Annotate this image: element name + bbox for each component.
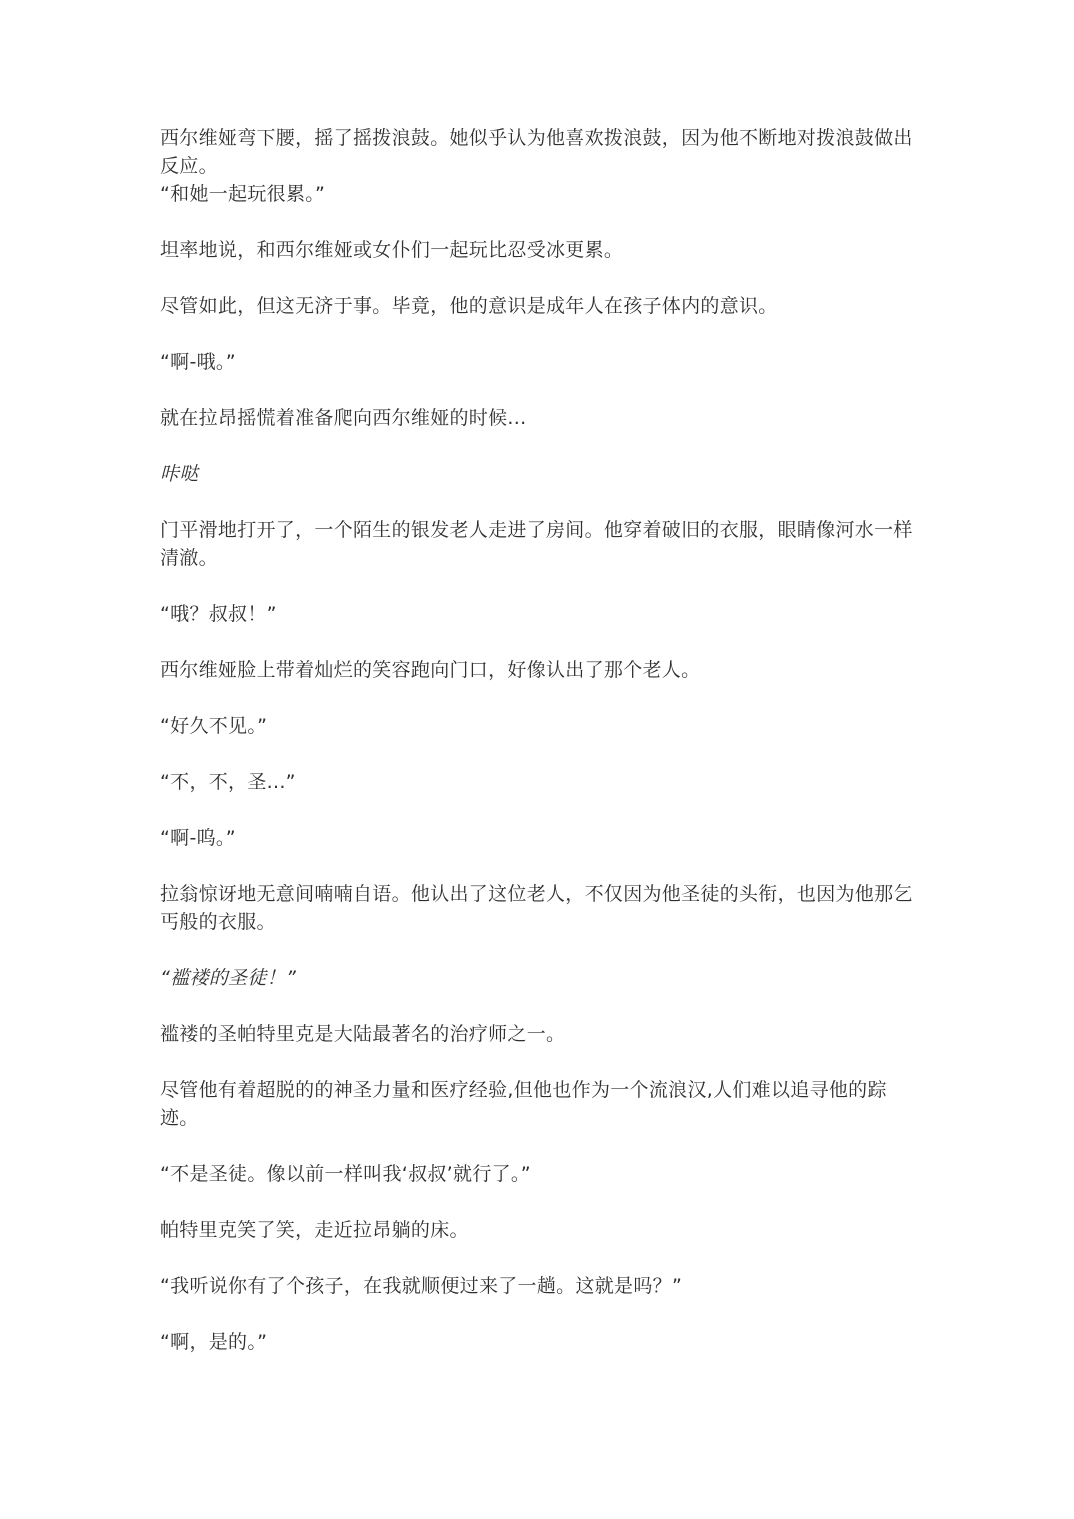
paragraph-14: “褴褛的圣徒！” [160, 964, 920, 992]
text-line: 尽管如此，但这无济于事。毕竟，他的意识是成年人在孩子体内的意识。 [160, 295, 778, 317]
text-line: “不，不，圣...” [160, 771, 296, 793]
text-line: 帕特里克笑了笑，走近拉昂躺的床。 [160, 1219, 469, 1241]
paragraph-19: “我听说你有了个孩子，在我就顺便过来了一趟。这就是吗？” [160, 1272, 920, 1300]
paragraph-3: 尽管如此，但这无济于事。毕竟，他的意识是成年人在孩子体内的意识。 [160, 292, 920, 320]
novel-text-content: 西尔维娅弯下腰，摇了摇拨浪鼓。她似乎认为他喜欢拨浪鼓，因为他不断地对拨浪鼓做出反… [160, 124, 920, 1384]
paragraph-12: “啊-呜。” [160, 824, 920, 852]
paragraph-10: “好久不见。” [160, 712, 920, 740]
text-line: “和她一起玩很累。” [160, 183, 325, 205]
text-line: “啊-呜。” [160, 827, 236, 849]
text-line: 门平滑地打开了，一个陌生的银发老人走进了房间。他穿着破旧的衣服，眼睛像河水一样清… [160, 519, 913, 569]
paragraph-6: 咔哒 [160, 460, 920, 488]
paragraph-5: 就在拉昂摇慌着准备爬向西尔维娅的时候... [160, 404, 920, 432]
text-line: “我听说你有了个孩子，在我就顺便过来了一趟。这就是吗？” [160, 1275, 682, 1297]
text-line: 西尔维娅弯下腰，摇了摇拨浪鼓。她似乎认为他喜欢拨浪鼓，因为他不断地对拨浪鼓做出反… [160, 127, 913, 177]
paragraph-8: “哦？叔叔！” [160, 600, 920, 628]
text-line: “哦？叔叔！” [160, 603, 277, 625]
text-line: 坦率地说，和西尔维娅或女仆们一起玩比忍受冰更累。 [160, 239, 623, 261]
paragraph-16: 尽管他有着超脱的的神圣力量和医疗经验,但他也作为一个流浪汉,人们难以追寻他的踪迹… [160, 1076, 920, 1132]
text-line: “啊-哦。” [160, 351, 236, 373]
text-line: 西尔维娅脸上带着灿烂的笑容跑向门口，好像认出了那个老人。 [160, 659, 700, 681]
paragraph-2: 坦率地说，和西尔维娅或女仆们一起玩比忍受冰更累。 [160, 236, 920, 264]
paragraph-7: 门平滑地打开了，一个陌生的银发老人走进了房间。他穿着破旧的衣服，眼睛像河水一样清… [160, 516, 920, 572]
paragraph-15: 褴褛的圣帕特里克是大陆最著名的治疗师之一。 [160, 1020, 920, 1048]
text-line: 咔哒 [160, 463, 199, 485]
text-line: “好久不见。” [160, 715, 267, 737]
document-page: 西尔维娅弯下腰，摇了摇拨浪鼓。她似乎认为他喜欢拨浪鼓，因为他不断地对拨浪鼓做出反… [0, 0, 1074, 1519]
text-line: 尽管他有着超脱的的神圣力量和医疗经验,但他也作为一个流浪汉,人们难以追寻他的踪迹… [160, 1079, 887, 1129]
text-line: “啊，是的。” [160, 1331, 267, 1353]
text-line: 拉翁惊讶地无意间喃喃自语。他认出了这位老人，不仅因为他圣徒的头衔，也因为他那乞丐… [160, 883, 913, 933]
paragraph-17: “不是圣徒。像以前一样叫我‘叔叔’就行了。” [160, 1160, 920, 1188]
paragraph-1: 西尔维娅弯下腰，摇了摇拨浪鼓。她似乎认为他喜欢拨浪鼓，因为他不断地对拨浪鼓做出反… [160, 124, 920, 208]
text-line: 就在拉昂摇慌着准备爬向西尔维娅的时候... [160, 407, 526, 429]
paragraph-4: “啊-哦。” [160, 348, 920, 376]
paragraph-18: 帕特里克笑了笑，走近拉昂躺的床。 [160, 1216, 920, 1244]
paragraph-13: 拉翁惊讶地无意间喃喃自语。他认出了这位老人，不仅因为他圣徒的头衔，也因为他那乞丐… [160, 880, 920, 936]
paragraph-20: “啊，是的。” [160, 1328, 920, 1356]
text-line: “褴褛的圣徒！” [160, 967, 296, 989]
text-line: 褴褛的圣帕特里克是大陆最著名的治疗师之一。 [160, 1023, 565, 1045]
text-line: “不是圣徒。像以前一样叫我‘叔叔’就行了。” [160, 1163, 531, 1185]
paragraph-9: 西尔维娅脸上带着灿烂的笑容跑向门口，好像认出了那个老人。 [160, 656, 920, 684]
paragraph-11: “不，不，圣...” [160, 768, 920, 796]
